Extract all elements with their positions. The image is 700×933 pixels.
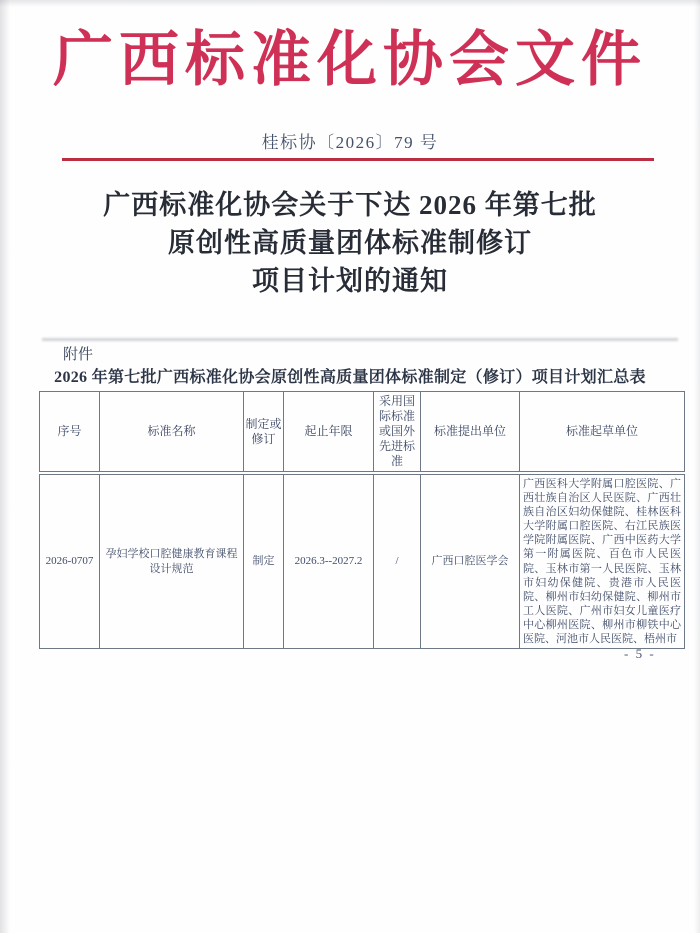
column-header-drafters: 标准起草单位 (520, 392, 685, 472)
scan-edge-top (0, 0, 700, 7)
table-header-row: 序号 标准名称 制定或修订 起止年限 采用国际标准或国外先进标准 标准提出单位 … (40, 392, 685, 472)
red-divider-rule (62, 158, 654, 161)
column-header-seq: 序号 (40, 392, 100, 472)
cell-seq: 2026-0707 (40, 475, 100, 649)
document-number: 桂标协〔2026〕79 号 (0, 128, 700, 153)
cell-period: 2026.3--2027.2 (284, 475, 374, 649)
column-header-name: 标准名称 (100, 392, 244, 472)
document-title-line-1: 广西标准化协会关于下达 2026 年第七批 (0, 186, 700, 224)
scan-smudge-line (42, 338, 678, 341)
column-header-type: 制定或修订 (244, 392, 284, 472)
page-number: - 5 - (624, 646, 656, 662)
table-row: 2026-0707 孕妇学校口腔健康教育课程设计规范 制定 2026.3--20… (40, 475, 685, 649)
summary-table-title: 2026 年第七批广西标准化协会原创性高质量团体标准制定（修订）项目计划汇总表 (0, 364, 700, 387)
cell-drafters: 广西医科大学附属口腔医院、广西壮族自治区人民医院、广西壮族自治区妇幼保健院、桂林… (520, 475, 685, 649)
summary-table-body: 2026-0707 孕妇学校口腔健康教育课程设计规范 制定 2026.3--20… (39, 474, 685, 649)
document-title-line-2: 原创性高质量团体标准制修订 (0, 224, 700, 262)
document-title-line-3: 项目计划的通知 (0, 262, 700, 300)
letterhead-title: 广西标准化协会文件 (0, 12, 700, 98)
column-header-intl: 采用国际标准或国外先进标准 (374, 392, 421, 472)
cell-intl: / (374, 475, 421, 649)
cell-proposer: 广西口腔医学会 (421, 475, 520, 649)
summary-table: 序号 标准名称 制定或修订 起止年限 采用国际标准或国外先进标准 标准提出单位 … (39, 391, 684, 649)
column-header-proposer: 标准提出单位 (421, 392, 520, 472)
summary-table-header: 序号 标准名称 制定或修订 起止年限 采用国际标准或国外先进标准 标准提出单位 … (39, 391, 685, 472)
column-header-period: 起止年限 (284, 392, 374, 472)
cell-name: 孕妇学校口腔健康教育课程设计规范 (100, 475, 244, 649)
document-title: 广西标准化协会关于下达 2026 年第七批 原创性高质量团体标准制修订 项目计划… (0, 186, 700, 300)
document-page: 广西标准化协会文件 桂标协〔2026〕79 号 广西标准化协会关于下达 2026… (0, 0, 700, 933)
cell-type: 制定 (244, 475, 284, 649)
attachment-label: 附件 (63, 343, 93, 364)
